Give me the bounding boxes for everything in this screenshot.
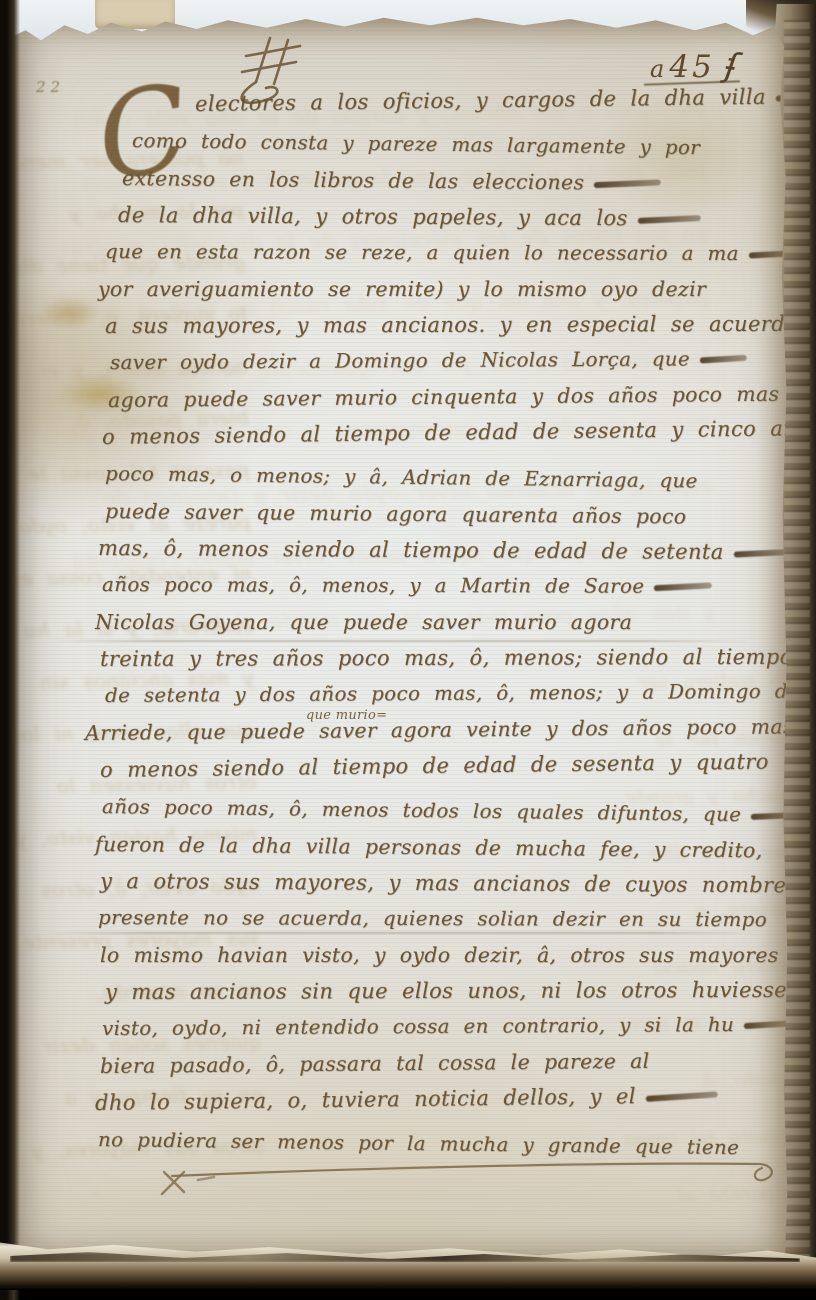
folio-number: a 45 ʄ xyxy=(650,46,737,86)
margin-folio-note: 22 xyxy=(36,78,65,96)
manuscript-line: a sus mayores, y mas ancianos. y en espe… xyxy=(105,312,816,338)
manuscript-line: Arriede, que puede saver agora veinte y … xyxy=(85,714,816,745)
page-stack-edge-texture xyxy=(784,20,810,1260)
manuscript-line: puede saver que murio agora quarenta año… xyxy=(105,499,687,528)
folio-flourish: ʄ xyxy=(723,45,740,86)
manuscript-scan: no pudiera ser menos por la mucha y gran… xyxy=(0,0,816,1300)
paper-crease xyxy=(50,640,750,642)
manuscript-line: presente no se acuerda, quienes solian d… xyxy=(98,906,767,931)
manuscript-line: yor averiguamiento se remite) y lo mismo… xyxy=(98,277,706,301)
manuscript-line: dho lo supiera, o, tuviera noticia dello… xyxy=(95,1083,718,1115)
ink-stain xyxy=(38,296,100,330)
closing-rule xyxy=(158,1142,808,1210)
manuscript-line: de setenta y dos años poco mas, ô, menos… xyxy=(105,680,800,707)
manuscript-line: biera pasado, ô, passara tal cossa le pa… xyxy=(100,1049,650,1078)
manuscript-line: extensso en los libros de las elecciones xyxy=(122,166,662,195)
manuscript-line: saver oydo dezir a Domingo de Nicolas Lo… xyxy=(110,347,747,374)
folio-digits: 45 xyxy=(669,49,714,85)
manuscript-line: años poco mas, ô, menos, y a Martin de S… xyxy=(102,573,712,598)
manuscript-line: mas, ô, menos siendo al tiempo de edad d… xyxy=(98,536,796,564)
manuscript-page: no pudiera ser menos por la mucha y gran… xyxy=(10,14,788,1266)
manuscript-line: y a otros sus mayores, y mas ancianos de… xyxy=(100,869,816,898)
manuscript-line: o menos siendo al tiempo de edad de sese… xyxy=(102,416,816,449)
manuscript-line: poco mas, o menos; y â, Adrian de Eznarr… xyxy=(105,462,698,492)
folio-prefix: a xyxy=(650,55,664,83)
manuscript-line: treinta y tres años poco mas, ô, menos; … xyxy=(100,645,793,671)
manuscript-line: o menos siendo al tiempo de edad de sese… xyxy=(100,750,769,782)
manuscript-line: fueron de la dha villa personas de mucha… xyxy=(95,832,763,862)
manuscript-line: años poco mas, ô, menos todos los quales… xyxy=(102,795,816,827)
binding-gutter xyxy=(0,0,20,1300)
interline-note: que murio= xyxy=(306,708,387,723)
manuscript-line: agora puede saver murio cinquenta y dos … xyxy=(108,381,816,412)
manuscript-line: que en esta razon se reze, a quien lo ne… xyxy=(105,240,808,265)
paper-crease xyxy=(40,932,760,934)
manuscript-line: de la dha villa, y otros papeles, y aca … xyxy=(118,203,701,231)
manuscript-line: visto, oydo, ni entendido cossa en contr… xyxy=(102,1013,789,1040)
manuscript-line: y mas ancianos sin que ellos unos, ni lo… xyxy=(105,978,801,1004)
manuscript-line: lo mismo havian visto, y oydo dezir, â, … xyxy=(100,943,816,967)
manuscript-line: Nicolas Goyena, que puede saver murio ag… xyxy=(95,610,632,634)
